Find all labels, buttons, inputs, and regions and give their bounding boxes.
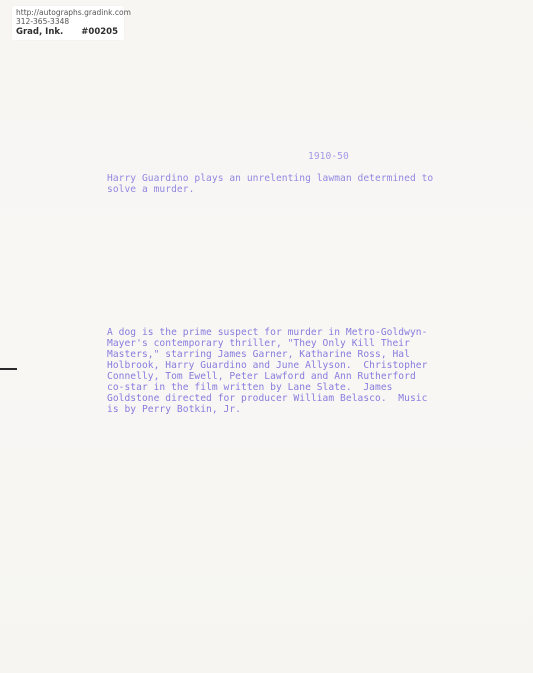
inventory-code: #00205: [81, 27, 118, 38]
caption-short: Harry Guardino plays an unrelenting lawm…: [107, 173, 433, 195]
edge-mark: [0, 368, 17, 370]
dealer-phone: 312-365-3348: [16, 17, 69, 26]
dealer-label: http://autographs.gradink.com 312-365-33…: [12, 6, 124, 40]
date-stamp: 1910-50: [308, 151, 349, 162]
dealer-url: http://autographs.gradink.com: [16, 8, 131, 17]
dealer-company: Grad, Ink.: [16, 27, 63, 38]
caption-long: A dog is the prime suspect for murder in…: [107, 327, 427, 415]
